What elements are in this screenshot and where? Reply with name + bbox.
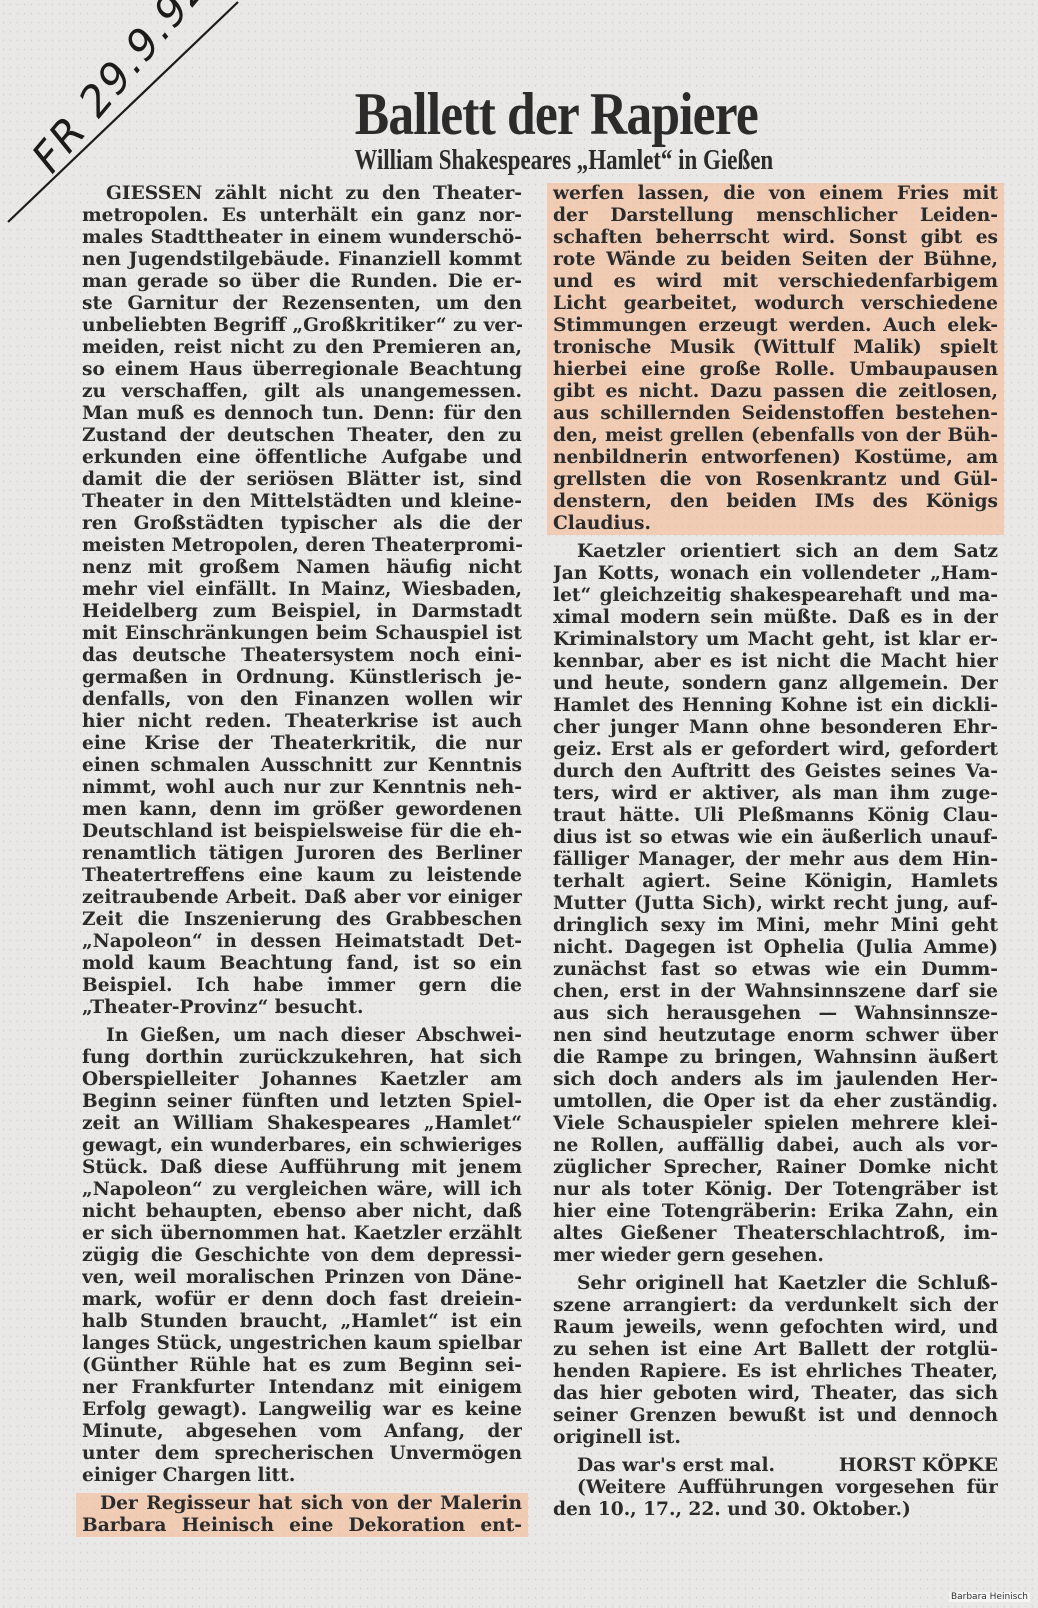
text-line: traut hätte. Uli Pleßmanns König Clau- — [553, 805, 998, 827]
text-line: Kriminalstory um Macht geht, ist klar er… — [553, 629, 998, 651]
text-line: nen Jugendstilgebäude. Finanziell kommt — [82, 249, 522, 271]
text-line: „Napoleon“ in dessen Heimatstadt Det- — [82, 931, 522, 953]
article-column-right: werfen lassen, die von einem Fries mitde… — [553, 183, 998, 1521]
text-line: dringlich sexy im Mini, mehr Mini geht — [553, 915, 998, 937]
text-line: mehr viel einfällt. In Mainz, Wiesbaden, — [82, 579, 522, 601]
text-line: zeit an William Shakespeares „Hamlet“ — [82, 1113, 522, 1135]
text-line: Beginn seiner fünften und letzten Spiel- — [82, 1091, 522, 1113]
text-line: nur als toter König. Der Totengräber ist — [553, 1179, 998, 1201]
text-line: originell ist. — [553, 1427, 998, 1449]
text-line: meiden, reist nicht zu den Premieren an, — [82, 337, 522, 359]
text-line: züglicher Sprecher, Rainer Domke nicht — [553, 1157, 998, 1179]
text-line: nen sind heutzutage enorm schwer über — [553, 1025, 998, 1047]
text-line: Hamlet des Henning Kohne ist ein dickli- — [553, 695, 998, 717]
text-line: und heute, sondern ganz allgemein. Der — [553, 673, 998, 695]
text-line: Erfolg gewagt). Langweilig war es keine — [82, 1399, 522, 1421]
text-line: renamtlich tätigen Juroren des Berliner — [82, 843, 522, 865]
text-line: let“ gleichzeitig shakespearehaft und ma… — [553, 585, 998, 607]
text-line: altes Gießener Theaterschlachtroß, im- — [553, 1223, 998, 1245]
text-line: unbeliebten Begriff „Großkritiker“ zu ve… — [82, 315, 522, 337]
highlighted-text-line: schaften beherrscht wird. Sonst gibt es — [547, 227, 1004, 249]
text-line: Zustand der deutschen Theater, den zu — [82, 425, 522, 447]
text-line: zügig die Geschichte von dem depressi- — [82, 1245, 522, 1267]
text-line: zu verschaffen, gilt als unangemessen. — [82, 381, 522, 403]
text-line: males Stadttheater in einem wunderschö- — [82, 227, 522, 249]
text-line: ven, weil moralischen Prinzen von Däne- — [82, 1267, 522, 1289]
text-line: das deutsche Theatersystem noch eini- — [82, 645, 522, 667]
text-line: zu sehen ist eine Art Ballett der rotglü… — [553, 1339, 998, 1361]
text-line: ste Garnitur der Rezensenten, um den — [82, 293, 522, 315]
text-line: damit die der seriösen Blätter ist, sind — [82, 469, 522, 491]
text-line: hier eine Totengräberin: Erika Zahn, ein — [553, 1201, 998, 1223]
headline: Ballett der Rapiere — [76, 80, 969, 149]
text-line: man gerade so über die Runden. Die er- — [82, 271, 522, 293]
text-line: szene arrangiert: da verdunkelt sich der — [553, 1295, 998, 1317]
text-line: GIESSEN zählt nicht zu den Theater- — [82, 183, 522, 205]
text-line: Raum jeweils, wenn gefochten wird, und — [553, 1317, 998, 1339]
text-line: seiner Grenzen bewußt ist und dennoch — [553, 1405, 998, 1427]
text-line: dius ist so etwas wie ein äußerlich unau… — [553, 827, 998, 849]
text-line: mark, wofür er denn doch fast dreiein- — [82, 1289, 522, 1311]
text-line: Heidelberg zum Beispiel, in Darmstadt — [82, 601, 522, 623]
text-line: „Theater-Provinz“ besucht. — [82, 997, 522, 1019]
text-line: denfalls, von den Finanzen wollen wir — [82, 689, 522, 711]
text-line: geiz. Erst als er gefordert wird, geford… — [553, 739, 998, 761]
text-line: die Rampe zu bringen, Wahnsinn äußert — [553, 1047, 998, 1069]
text-line: Oberspielleiter Johannes Kaetzler am — [82, 1069, 522, 1091]
text-line: Zeit die Inszenierung des Grabbeschen — [82, 909, 522, 931]
highlighted-text-line: den, meist grellen (ebenfalls von der Bü… — [547, 425, 1004, 447]
author-byline: HORST KÖPKE — [839, 1455, 998, 1477]
text-line: fälliger Manager, der mehr aus dem Hin- — [553, 849, 998, 871]
highlighted-text-line: Stimmungen erzeugt werden. Auch elek- — [547, 315, 1004, 337]
highlighted-text-line: rote Wände zu beiden Seiten der Bühne, — [547, 249, 1004, 271]
text-line: hier nicht reden. Theaterkrise ist auch — [82, 711, 522, 733]
performances-note: (Weitere Aufführungen vorgesehen für — [553, 1477, 998, 1499]
text-line: ner Frankfurter Intendanz mit einigem — [82, 1377, 522, 1399]
highlighted-text-line: werfen lassen, die von einem Fries mit — [547, 183, 1004, 205]
highlighted-text-line: Barbara Heinisch eine Dekoration ent- — [76, 1515, 528, 1537]
text-line: umtollen, die Oper ist da eher zuständig… — [553, 1091, 998, 1113]
text-line: chen, erst in der Wahnsinnszene darf sie — [553, 981, 998, 1003]
highlighted-text-line: aus schillernden Seidenstoffen bestehen- — [547, 403, 1004, 425]
text-line: Theatertreffens eine kaum zu leistende — [82, 865, 522, 887]
text-line: Theater in den Mittelstädten und kleine- — [82, 491, 522, 513]
performances-note: den 10., 17., 22. und 30. Oktober.) — [553, 1499, 998, 1521]
text-line: mold kaum Beachtung fand, ist so ein — [82, 953, 522, 975]
text-line: so einem Haus überregionale Beachtung — [82, 359, 522, 381]
watermark: Barbara Heinisch — [949, 1592, 1030, 1602]
text-line: eine Krise der Theaterkritik, die nur — [82, 733, 522, 755]
highlighted-text-line: Claudius. — [547, 513, 1004, 535]
text-line: erkunden eine öffentliche Aufgabe und — [82, 447, 522, 469]
text-line: unter dem sprecherischen Unvermögen — [82, 1443, 522, 1465]
text-line: einen schmalen Ausschnitt zur Kenntnis — [82, 755, 522, 777]
text-line: In Gießen, um nach dieser Abschwei- — [82, 1025, 522, 1047]
text-line: langes Stück, ungestrichen kaum spielbar — [82, 1333, 522, 1355]
text-line: er sich übernommen hat. Kaetzler erzählt — [82, 1223, 522, 1245]
text-line: mer wieder gern gesehen. — [553, 1245, 998, 1267]
closing-line: Das war's erst mal. — [577, 1455, 775, 1477]
text-line: men kann, denn im größer gewordenen — [82, 799, 522, 821]
highlighted-text-line: tronische Musik (Wittulf Malik) spielt — [547, 337, 1004, 359]
text-line: ters, wird er aktiver, als man ihm zuge- — [553, 783, 998, 805]
text-line: nicht behaupten, ebenso aber nicht, daß — [82, 1201, 522, 1223]
text-line: germaßen in Ordnung. Künstlerisch je- — [82, 667, 522, 689]
text-line: Beispiel. Ich habe immer gern die — [82, 975, 522, 997]
text-line: Viele Schauspieler spielen mehrere klei- — [553, 1113, 998, 1135]
highlighted-text-line: denstern, den beiden IMs des Königs — [547, 491, 1004, 513]
text-line: henden Rapiere. Es ist ehrliches Theater… — [553, 1361, 998, 1383]
text-line: nicht. Dagegen ist Ophelia (Julia Amme) — [553, 937, 998, 959]
highlighted-text-line: der Darstellung menschlicher Leiden- — [547, 205, 1004, 227]
text-line: Minute, abgesehen vom Anfang, der — [82, 1421, 522, 1443]
text-line: ne Rollen, auffällig dabei, auch als vor… — [553, 1135, 998, 1157]
text-line: nimmt, wohl auch nur zur Kenntnis neh- — [82, 777, 522, 799]
text-line: halb Stunden braucht, „Hamlet“ ist ein — [82, 1311, 522, 1333]
text-line: das hier geboten wird, Theater, das sich — [553, 1383, 998, 1405]
article-column-left: GIESSEN zählt nicht zu den Theater-metro… — [82, 183, 522, 1537]
text-line: Stück. Daß diese Aufführung mit jenem — [82, 1157, 522, 1179]
subheadline: William Shakespeares „Hamlet“ in Gießen — [97, 145, 948, 177]
text-line: terhalt agiert. Seine Königin, Hamlets — [553, 871, 998, 893]
text-line: „Napoleon“ zu vergleichen wäre, will ich — [82, 1179, 522, 1201]
text-line: aus sich herausgehen — Wahnsinnsze- — [553, 1003, 998, 1025]
highlighted-text-line: gibt es nicht. Dazu passen die zeitlosen… — [547, 381, 1004, 403]
text-line: Jan Kotts, wonach ein vollendeter „Ham- — [553, 563, 998, 585]
text-line: zeitraubende Arbeit. Daß aber vor einige… — [82, 887, 522, 909]
text-line: Mutter (Jutta Sich), wirkt recht jung, a… — [553, 893, 998, 915]
text-line: ximal modern sein müßte. Daß es in der — [553, 607, 998, 629]
highlighted-text-line: hierbei eine große Rolle. Umbaupausen — [547, 359, 1004, 381]
highlighted-text-line: Der Regisseur hat sich von der Malerin — [76, 1493, 528, 1515]
text-line: zunächst fast so etwas wie ein Dumm- — [553, 959, 998, 981]
text-line: Kaetzler orientiert sich an dem Satz — [553, 541, 998, 563]
text-line: kennbar, aber es ist nicht die Macht hie… — [553, 651, 998, 673]
text-line: nenz mit großem Namen häufig nicht — [82, 557, 522, 579]
text-line: mit Einschränkungen beim Schauspiel ist — [82, 623, 522, 645]
highlighted-text-line: nenbildnerin entworfenen) Kostüme, am — [547, 447, 1004, 469]
text-line: (Günther Rühle hat es zum Beginn sei- — [82, 1355, 522, 1377]
text-line: ren Großstädten typischer als die der — [82, 513, 522, 535]
text-line: cher junger Mann ohne besonderen Ehr- — [553, 717, 998, 739]
text-line: Man muß es dennoch tun. Denn: für den — [82, 403, 522, 425]
text-line: gewagt, ein wunderbares, ein schwieriges — [82, 1135, 522, 1157]
text-line: meisten Metropolen, deren Theaterpromi- — [82, 535, 522, 557]
text-line: Deutschland ist beispielsweise für die e… — [82, 821, 522, 843]
text-line: sich doch anders als im jaulenden Her- — [553, 1069, 998, 1091]
text-line: metropolen. Es unterhält ein ganz nor- — [82, 205, 522, 227]
signature-row: Das war's erst mal.HORST KÖPKE — [553, 1455, 998, 1477]
highlighted-text-line: Licht gearbeitet, wodurch verschiedene — [547, 293, 1004, 315]
highlighted-text-line: grellsten die von Rosenkrantz und Gül- — [547, 469, 1004, 491]
text-line: Sehr originell hat Kaetzler die Schluß- — [553, 1273, 998, 1295]
text-line: fung dorthin zurückzukehren, hat sich — [82, 1047, 522, 1069]
text-line: durch den Auftritt des Geistes seines Va… — [553, 761, 998, 783]
highlighted-text-line: und es wird mit verschiedenfarbigem — [547, 271, 1004, 293]
text-line: einiger Chargen litt. — [82, 1465, 522, 1487]
